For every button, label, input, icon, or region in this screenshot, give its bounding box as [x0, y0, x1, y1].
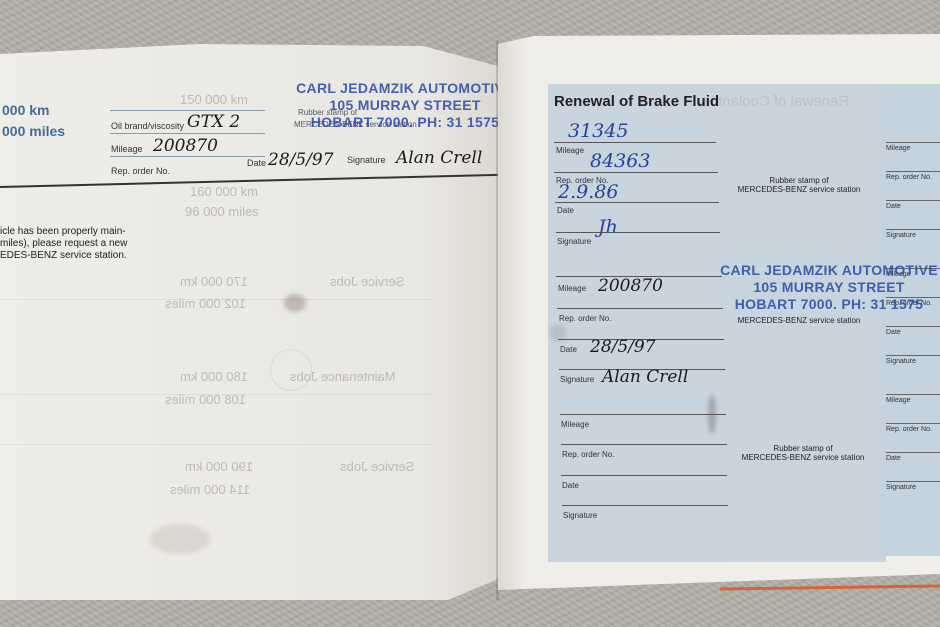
side-label: Date	[886, 200, 940, 229]
record-1-date-value: 2.9.86	[558, 181, 618, 203]
field-rule	[110, 133, 265, 134]
record-2-mileage-label: Mileage	[558, 284, 586, 293]
side-label: Rep. order No.	[886, 423, 940, 452]
field-rule	[554, 142, 716, 143]
faded-mercedes-star-icon	[270, 349, 312, 391]
stamp-line-2: 105 MURRAY STREET	[718, 279, 940, 295]
side-column: Mileage Rep. order No. Date Signature Mi…	[886, 142, 940, 510]
faded-km-170: 170 000 km	[180, 274, 248, 289]
notice-line-3: EDES-BENZ service station.	[0, 250, 127, 262]
stain	[150, 524, 210, 554]
side-label: Rep. order No.	[886, 171, 940, 200]
record-3-stamp-caption: Rubber stamp of MERCEDES-BENZ service st…	[738, 444, 868, 462]
stain	[284, 294, 306, 312]
record-3-date-label: Date	[562, 481, 579, 490]
stain	[550, 324, 566, 342]
field-rule	[556, 232, 720, 233]
stamp-caption-line-1: Rubber stamp of	[738, 444, 868, 453]
stamp-line-3: HOBART 7000. PH: 31 1575	[290, 114, 520, 130]
field-rule	[555, 202, 719, 203]
record-1-rep-order-value: 84363	[590, 150, 650, 172]
faded-divider	[0, 444, 430, 445]
record-2-signature-value: Alan Crell	[602, 367, 688, 387]
signature-label: Signature	[347, 155, 386, 165]
field-rule	[554, 172, 718, 173]
faded-km-180: 180 000 km	[180, 369, 248, 384]
stamp-line-3: HOBART 7000. PH: 31 1575	[718, 296, 940, 312]
faded-miles-114: 114 000 miles	[170, 482, 250, 497]
record-3-mileage-label: Mileage	[561, 420, 589, 429]
stamp-caption-line-1: Rubber stamp of	[734, 176, 864, 185]
field-rule	[557, 308, 723, 309]
km-heading: 000 km	[2, 102, 49, 118]
record-2-signature-label: Signature	[560, 375, 594, 384]
side-label: Signature	[886, 355, 940, 394]
stain	[708, 394, 716, 434]
stamp-line-2: 105 MURRAY STREET	[290, 97, 520, 113]
mileage-label: Mileage	[111, 144, 143, 154]
record-1-stamp-caption: Rubber stamp of MERCEDES-BENZ service st…	[734, 176, 864, 194]
notice-text: icle has been properly main- miles), ple…	[0, 226, 127, 262]
faded-km-2: 160 000 km	[190, 184, 258, 199]
record-2-date-label: Date	[560, 345, 577, 354]
miles-heading: 000 miles	[2, 123, 65, 139]
record-1-mileage-label: Mileage	[556, 146, 584, 155]
oil-brand-label: Oil brand/viscosity	[111, 121, 184, 131]
record-2-stamp-caption: MERCEDES-BENZ service station	[734, 316, 864, 325]
record-2-date-value: 28/5/97	[590, 337, 656, 357]
notice-line-1: icle has been properly main-	[0, 226, 127, 238]
signature-value: Alan Crell	[396, 148, 482, 168]
field-rule	[110, 110, 265, 111]
stamp-line-1: CARL JEDAMZIK AUTOMOTIVE	[290, 80, 520, 96]
faded-divider	[0, 299, 430, 300]
faded-service-jobs-1: Service Jobs	[330, 274, 404, 289]
faded-divider	[0, 394, 430, 395]
section-title: Renewal of Brake Fluid	[554, 93, 719, 110]
field-rule	[560, 414, 726, 415]
record-3-rep-order-label: Rep. order No.	[562, 450, 614, 459]
faded-km-top: 150 000 km	[180, 92, 248, 107]
record-1-mileage-value: 31345	[568, 120, 628, 142]
record-1-signature-label: Signature	[557, 237, 591, 246]
faded-miles-2: 96 000 miles	[185, 204, 259, 219]
date-value: 28/5/97	[268, 150, 334, 170]
oil-brand-value: GTX 2	[187, 112, 240, 132]
record-1-signature-value: Jh	[598, 216, 618, 238]
dealer-stamp-left: CARL JEDAMZIK AUTOMOTIVE 105 MURRAY STRE…	[290, 80, 520, 130]
right-page: Renewal of Brake Fluid Renewal of Coolan…	[498, 34, 940, 590]
side-label: Date	[886, 452, 940, 481]
field-rule	[561, 444, 727, 445]
side-label: Mileage	[886, 142, 940, 171]
mileage-value: 200870	[153, 136, 218, 156]
stamp-caption-line-2: MERCEDES-BENZ service station	[738, 453, 868, 462]
stamp-line-1: CARL JEDAMZIK AUTOMOTIVE	[718, 262, 940, 278]
stamp-caption-line-2: MERCEDES-BENZ service station	[734, 316, 864, 325]
stamp-caption-line-2: MERCEDES-BENZ service station	[734, 185, 864, 194]
record-2-rep-order-label: Rep. order No.	[559, 314, 611, 323]
field-rule	[561, 475, 727, 476]
notice-line-2: miles), please request a new	[0, 238, 127, 250]
record-2-mileage-value: 200870	[598, 276, 663, 296]
dealer-stamp-right: CARL JEDAMZIK AUTOMOTIVE 105 MURRAY STRE…	[718, 262, 940, 312]
date-label: Date	[247, 158, 266, 168]
field-rule	[110, 156, 265, 157]
side-label: Signature	[886, 481, 940, 510]
page-edge-orange	[720, 584, 940, 590]
record-1-date-label: Date	[557, 206, 574, 215]
field-rule	[562, 505, 728, 506]
faded-service-jobs-2: Service Jobs	[340, 459, 414, 474]
side-label: Date	[886, 326, 940, 355]
side-label: Mileage	[886, 394, 940, 423]
ghost-title: Renewal of Coolant	[718, 93, 849, 110]
record-3-signature-label: Signature	[563, 511, 597, 520]
rep-order-label: Rep. order No.	[111, 166, 170, 176]
faded-km-190: 190 000 km	[185, 459, 253, 474]
